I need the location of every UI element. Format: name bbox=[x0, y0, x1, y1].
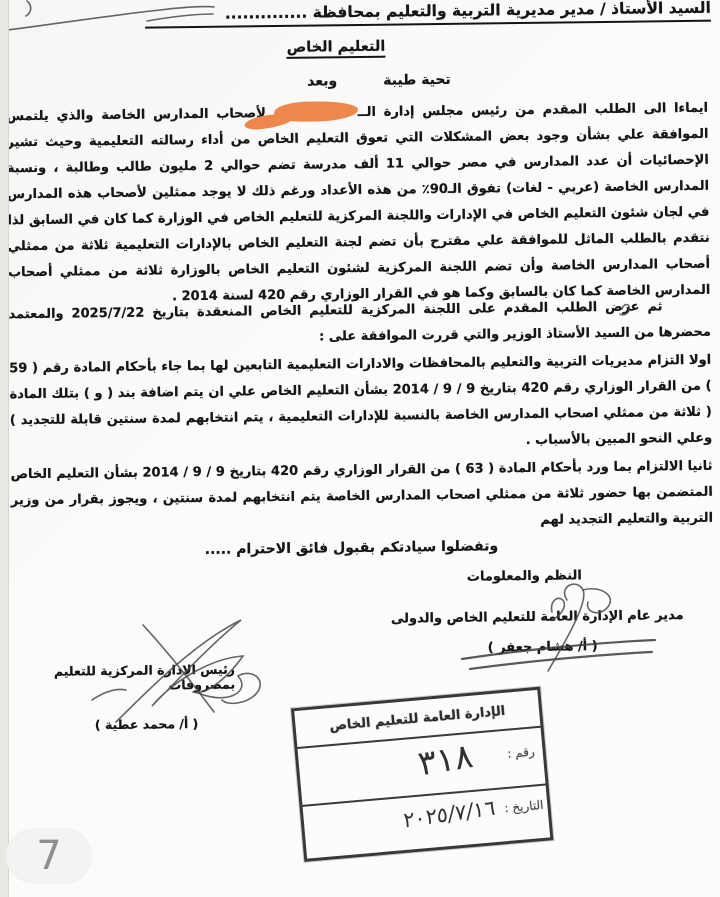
salutation-gap bbox=[337, 85, 383, 86]
stamp-date-label: التاريخ : bbox=[504, 798, 544, 815]
paragraph-second-clause: ثانيا الالتزام بما ورد بأحكام المادة ( 6… bbox=[10, 454, 713, 541]
systems-dept-label: النظم والمعلومات bbox=[467, 568, 582, 584]
salutation-followup: وبعد bbox=[307, 73, 337, 89]
page-number: 7 bbox=[36, 833, 61, 879]
closing-line: وتفضلوا سيادتكم بقبول فائق الاحترام ....… bbox=[151, 538, 551, 559]
page-number-badge: 7 bbox=[6, 828, 92, 884]
signature-right-title: مدير عام الإدارة العامة للتعليم الخاص وا… bbox=[372, 608, 702, 627]
office-stamp: الإدارة العامة للتعليم الخاص رقم : ٣١٨ ا… bbox=[291, 687, 553, 862]
stamp-number-handwritten: ٣١٨ bbox=[415, 736, 475, 784]
section-title: التعليم الخاص bbox=[287, 39, 386, 59]
scan-corner-mark bbox=[0, 0, 7, 9]
document-content: السيد الأستاذ / مدير مديرية التربية والت… bbox=[0, 0, 720, 897]
paragraph-intro: ايماءا الى الطلب المقدم من رئيس مجلس إدا… bbox=[6, 96, 710, 313]
salutation-line: تحية طيبةوبعد bbox=[307, 72, 451, 90]
stamp-number-label: رقم : bbox=[507, 744, 535, 760]
salutation-text: تحية طيبة bbox=[383, 72, 451, 89]
scanned-letter-page: السيد الأستاذ / مدير مديرية التربية والت… bbox=[0, 0, 720, 897]
paragraph-committee-decision: ثم عرض الطلب المقدم على اللجنة المركزية … bbox=[8, 294, 711, 355]
signature-left-title: رئيس الادارة المركزية للتعليم بمصروفات bbox=[5, 662, 235, 695]
paragraph-first-clause: اولا التزام مديريات التربية والتعليم بال… bbox=[9, 348, 712, 461]
addressee-line: السيد الأستاذ / مدير مديرية التربية والت… bbox=[145, 0, 711, 29]
signature-right-name: ( أ/ هشام جعفر ) bbox=[458, 639, 628, 656]
orange-redaction-marker bbox=[274, 101, 358, 122]
stamp-date-handwritten: ٢٠٢٥/٧/١٦ bbox=[403, 796, 496, 833]
paragraph-intro-before: ايماءا الى الطلب المقدم من رئيس مجلس إدا… bbox=[358, 101, 709, 120]
signature-left-name: ( أ/ محمد عطية ) bbox=[91, 716, 201, 732]
paragraph-intro-after: لأصحاب المدارس الخاصة والذي يلتمس المواف… bbox=[6, 106, 710, 304]
